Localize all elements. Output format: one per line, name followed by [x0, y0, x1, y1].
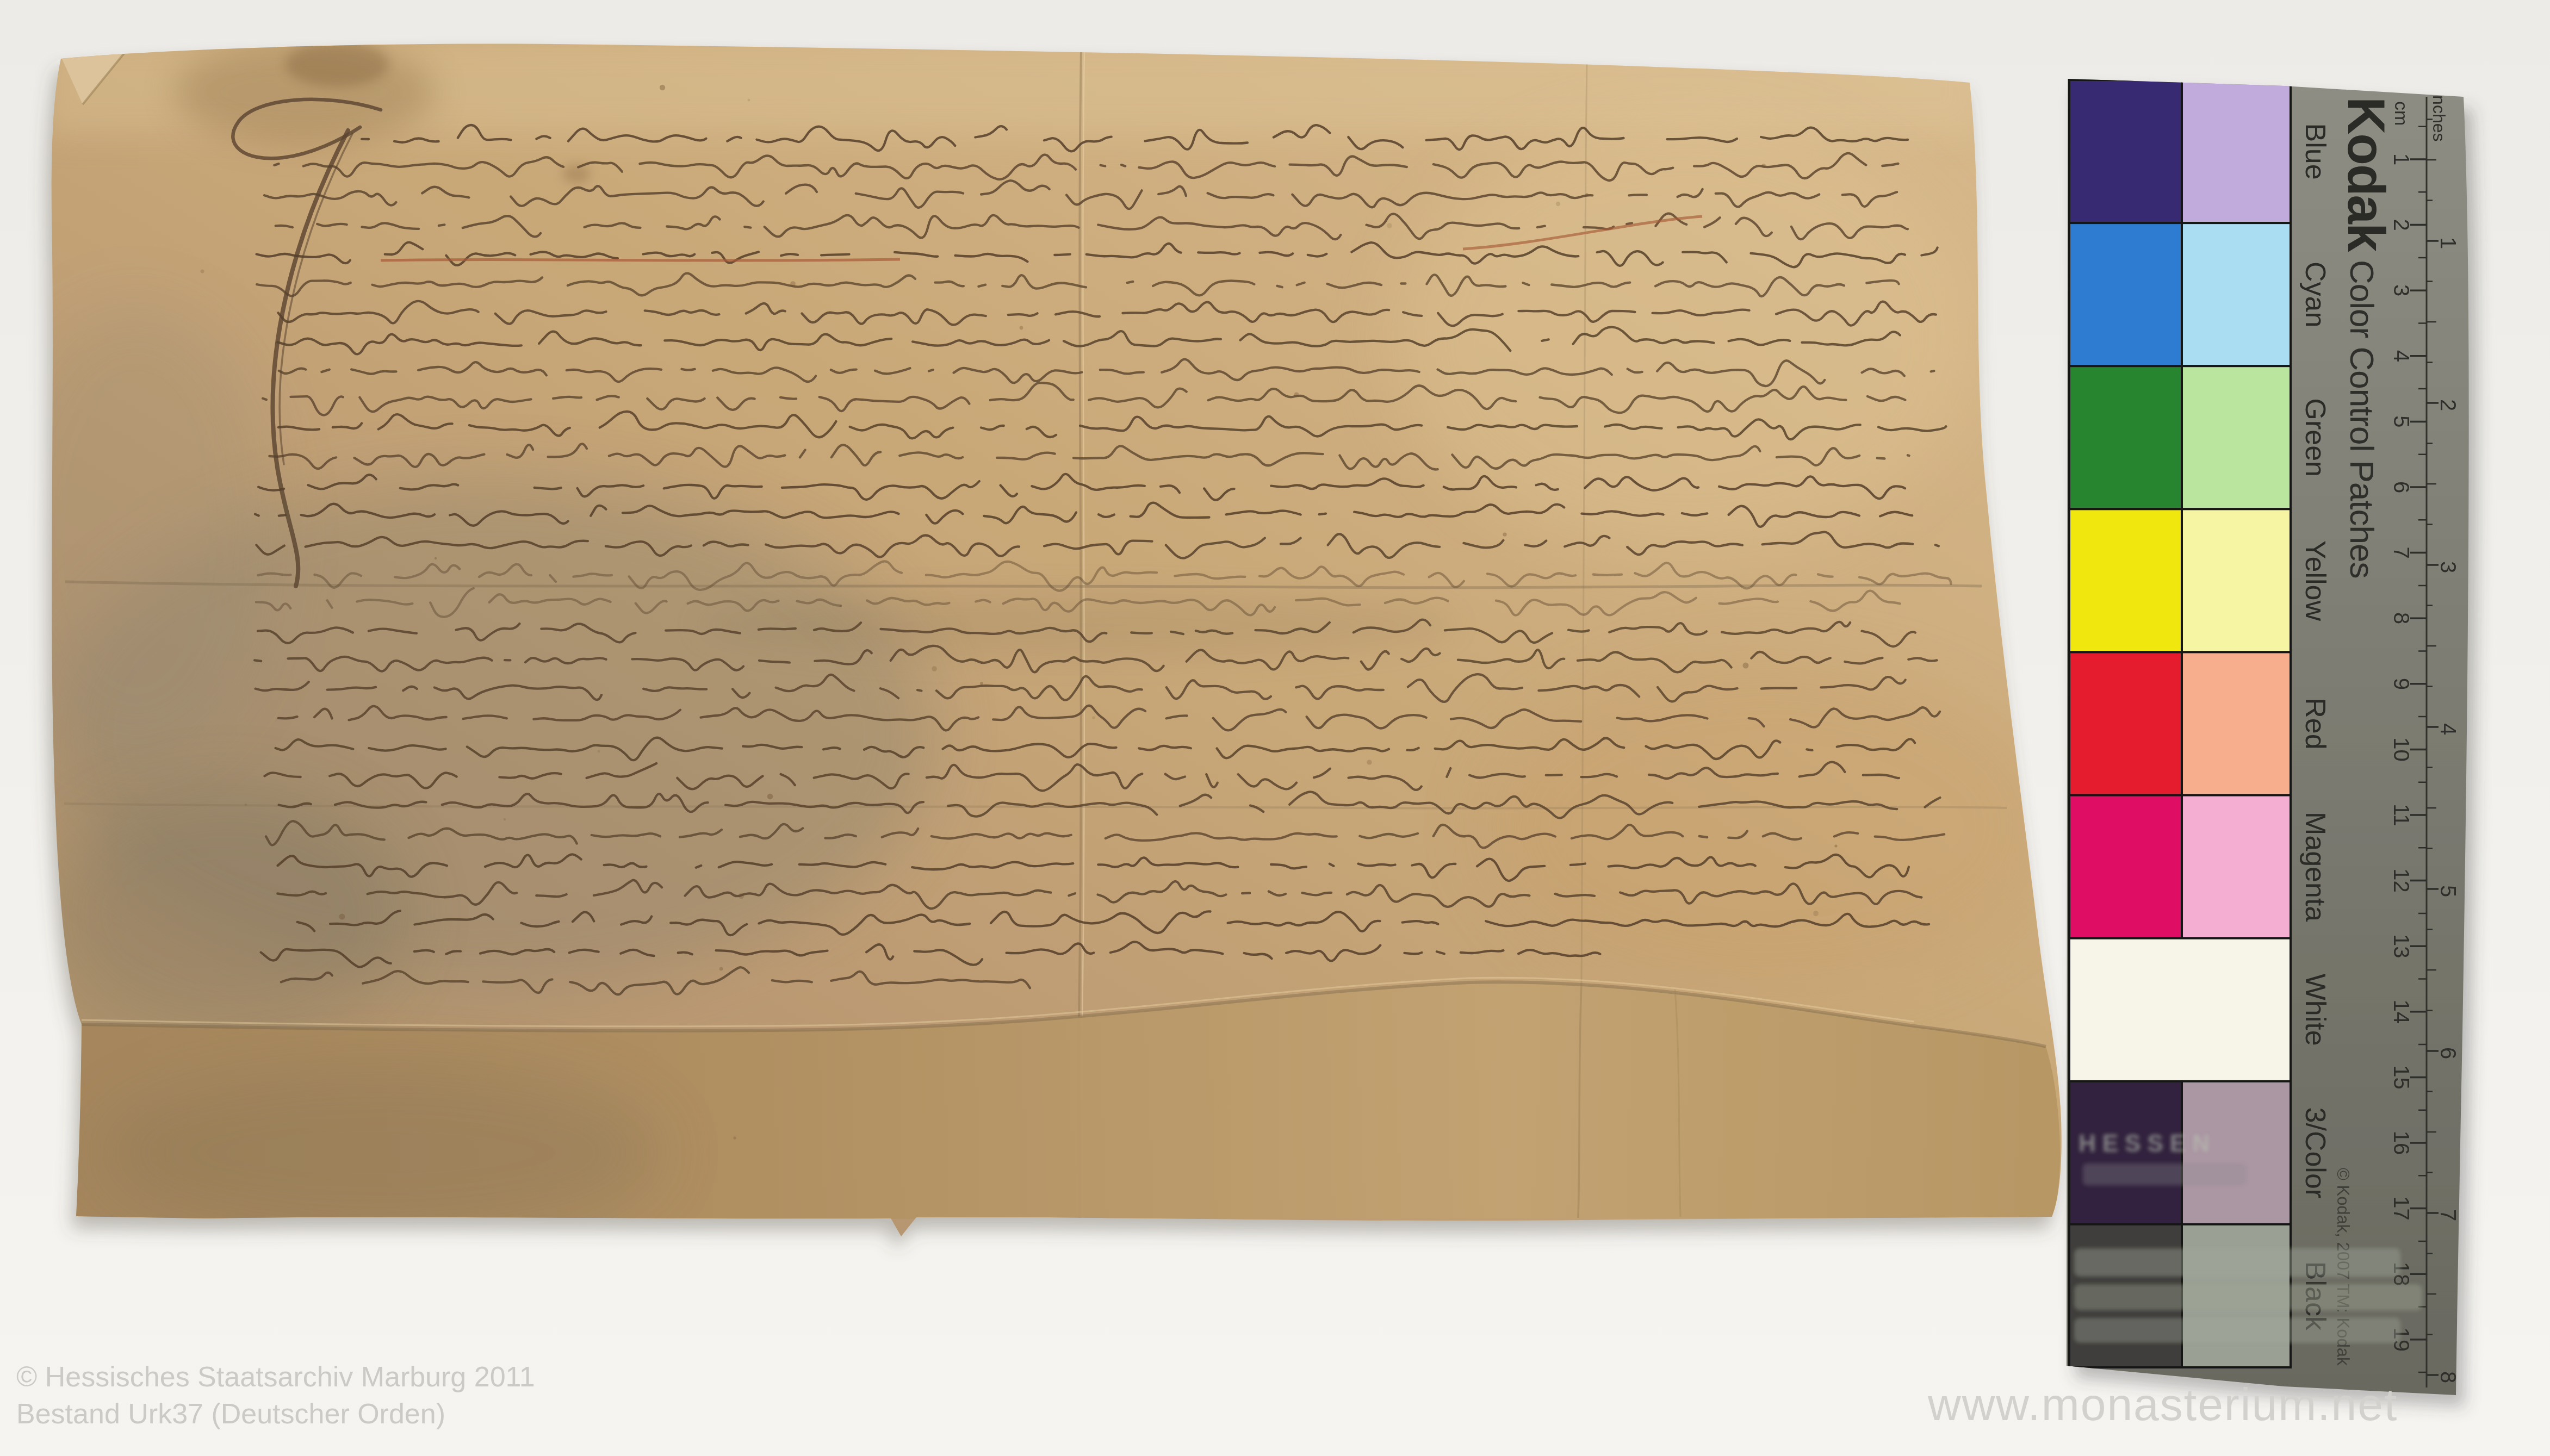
color-patch-red-pastel [2182, 652, 2291, 795]
speck [1761, 164, 1766, 168]
kodak-brand-label: Kodak [2337, 97, 2395, 252]
patch-label-yellow: Yellow [2299, 540, 2331, 621]
copyright-line1: © Hessisches Staatsarchiv Marburg 2011 [16, 1361, 535, 1393]
speck [1387, 223, 1392, 228]
color-patch-blue-saturated [2069, 80, 2182, 223]
kodak-color-control-strip: BlueCyanGreenYellowRedMagentaWhite3/Colo… [2067, 79, 2469, 1395]
cm-number: 13 [2389, 934, 2413, 959]
patch-label-blue: Blue [2299, 123, 2331, 180]
color-patch-cyan-saturated [2069, 223, 2182, 366]
color-patch-green-saturated [2069, 366, 2182, 509]
speck [1813, 911, 1819, 916]
speck [504, 818, 506, 821]
speck [748, 99, 750, 102]
cm-number: 9 [2389, 678, 2413, 690]
speck [1503, 532, 1506, 536]
inch-number: 6 [2436, 1047, 2460, 1059]
speck [201, 270, 204, 273]
speck [1834, 844, 1837, 847]
cm-number: 16 [2389, 1131, 2413, 1155]
inch-number: 7 [2436, 1209, 2460, 1221]
speck [980, 682, 983, 685]
color-patch-yellow-saturated [2069, 509, 2182, 652]
strip-title-label: Color Control Patches [2343, 260, 2380, 578]
inches-unit-label: inches [2429, 91, 2449, 142]
speck [932, 666, 937, 671]
speck [339, 914, 345, 920]
patch-label-green: Green [2299, 399, 2331, 477]
cm-number: 7 [2389, 546, 2413, 558]
patch-label-3/color: 3/Color [2299, 1107, 2331, 1199]
speck [767, 794, 773, 800]
cm-number: 17 [2389, 1196, 2413, 1221]
color-patch-blue-pastel [2182, 80, 2291, 223]
speck [1020, 326, 1023, 330]
speck [1294, 393, 1299, 397]
cm-number: 5 [2389, 415, 2413, 427]
speck [1556, 202, 1560, 206]
cm-number: 1 [2389, 153, 2413, 165]
cm-number: 10 [2389, 737, 2413, 762]
cm-number: 11 [2389, 804, 2413, 826]
cm-number: 3 [2389, 284, 2413, 296]
patch-label-red: Red [2299, 698, 2331, 749]
color-patch-cyan-pastel [2182, 223, 2291, 366]
speck [1585, 193, 1589, 196]
speck [1743, 663, 1749, 669]
color-patch-magenta-saturated [2069, 795, 2182, 938]
cm-number: 12 [2389, 868, 2413, 893]
cm-unit-label: cm [2391, 101, 2411, 126]
copyright-line2: Bestand Urk37 (Deutscher Orden) [16, 1398, 445, 1430]
cm-number: 2 [2389, 219, 2413, 231]
speck [660, 85, 665, 90]
inch-number: 3 [2436, 561, 2460, 573]
speck [245, 804, 247, 806]
patch-label-cyan: Cyan [2299, 262, 2331, 327]
inch-number: 2 [2436, 399, 2460, 411]
patch-label-white: White [2299, 974, 2331, 1046]
cm-number: 8 [2389, 612, 2413, 624]
speck [1367, 760, 1372, 764]
cm-number: 14 [2389, 1000, 2413, 1024]
cm-number: 15 [2389, 1065, 2413, 1090]
speck [739, 893, 744, 899]
color-patch-yellow-pastel [2182, 509, 2291, 652]
speck [598, 750, 600, 753]
watermark-monasterium: www.monasterium.net [1927, 1379, 2398, 1430]
parchment-document [0, 38, 2062, 1240]
speck [790, 281, 796, 287]
speck [435, 557, 437, 559]
inch-number: 4 [2436, 723, 2460, 735]
cm-number: 6 [2389, 481, 2413, 493]
color-patch-magenta-pastel [2182, 795, 2291, 938]
speck [733, 1136, 736, 1139]
color-patch-green-pastel [2182, 366, 2291, 509]
inch-number: 1 [2436, 237, 2460, 249]
cm-number: 4 [2389, 350, 2413, 362]
inch-number: 5 [2436, 885, 2460, 897]
speck [1092, 716, 1095, 719]
color-patch-white [2069, 938, 2291, 1081]
stamp-word: HESSEN [2079, 1130, 2216, 1157]
archival-scan-photo: BlueCyanGreenYellowRedMagentaWhite3/Colo… [0, 0, 2550, 1456]
color-patch-red-saturated [2069, 652, 2182, 795]
speck [840, 605, 842, 607]
patch-label-magenta: Magenta [2299, 812, 2331, 922]
speck [719, 967, 723, 971]
